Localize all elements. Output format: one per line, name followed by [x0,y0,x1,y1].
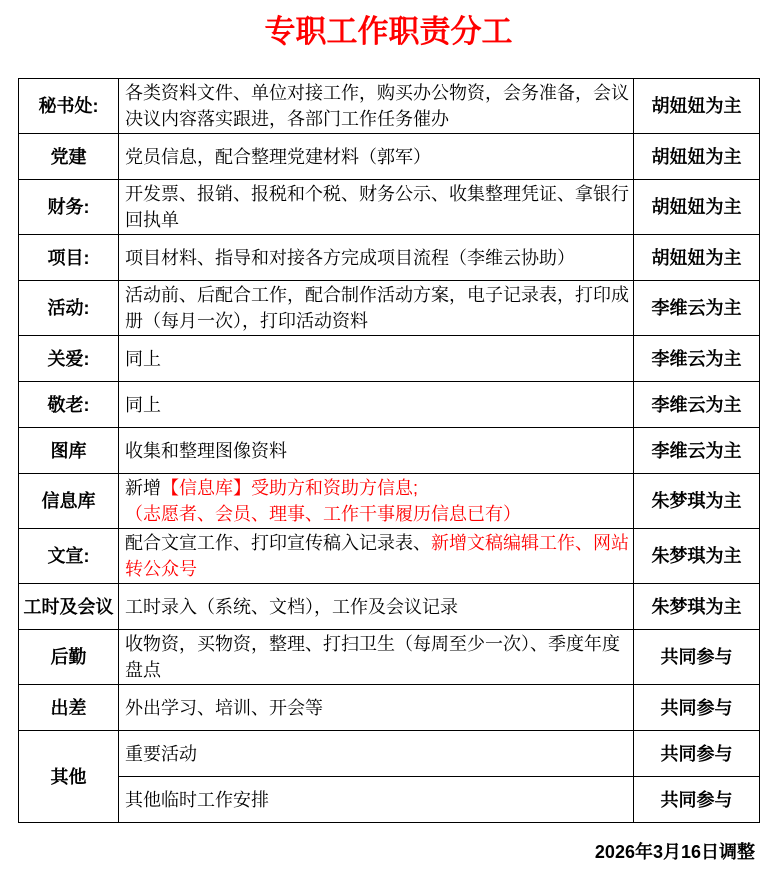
role-label-cell: 信息库 [19,474,119,529]
duties-cell: 收物资，买物资，整理、打扫卫生（每周至少一次）、季度年度盘点 [119,630,634,685]
duties-text: 其他临时工作安排 [125,790,269,810]
table-row: 工时及会议工时录入（系统、文档），工作及会议记录朱梦琪为主 [19,584,760,630]
role-label-cell: 工时及会议 [19,584,119,630]
document-page: 专职工作职责分工 秘书处:各类资料文件、单位对接工作，购买办公物资，会务准备，会… [0,0,777,878]
owner-cell: 李维云为主 [634,428,760,474]
role-label-cell: 秘书处: [19,79,119,134]
owner-cell: 共同参与 [634,630,760,685]
role-label-cell: 活动: [19,281,119,336]
duties-cell: 同上 [119,382,634,428]
table-row: 关爱:同上李维云为主 [19,336,760,382]
table-row: 后勤收物资，买物资，整理、打扫卫生（每周至少一次）、季度年度盘点共同参与 [19,630,760,685]
role-label-cell: 党建 [19,134,119,180]
duties-text-highlight: （志愿者、会员、理事、工作干事履历信息已有） [125,504,521,524]
owner-cell: 李维云为主 [634,336,760,382]
table-row: 其他临时工作安排共同参与 [19,777,760,823]
duties-cell: 工时录入（系统、文档），工作及会议记录 [119,584,634,630]
duties-text: 配合文宣工作、打印宣传稿入记录表、 [125,533,431,553]
duties-cell: 外出学习、培训、开会等 [119,685,634,731]
table-row: 财务:开发票、报销、报税和个税、财务公示、收集整理凭证、拿银行回执单胡妞妞为主 [19,180,760,235]
table-row: 党建党员信息，配合整理党建材料（郭军）胡妞妞为主 [19,134,760,180]
table-row: 图库收集和整理图像资料李维云为主 [19,428,760,474]
responsibility-table: 秘书处:各类资料文件、单位对接工作，购买办公物资，会务准备，会议决议内容落实跟进… [18,78,760,823]
duties-text: 工时录入（系统、文档），工作及会议记录 [125,597,458,617]
owner-cell: 共同参与 [634,685,760,731]
role-label-cell: 敬老: [19,382,119,428]
duties-text: 开发票、报销、报税和个税、财务公示、收集整理凭证、拿银行回执单 [125,184,629,230]
owner-cell: 李维云为主 [634,382,760,428]
duties-cell: 重要活动 [119,731,634,777]
table-body: 秘书处:各类资料文件、单位对接工作，购买办公物资，会务准备，会议决议内容落实跟进… [19,79,760,823]
owner-cell: 朱梦琪为主 [634,474,760,529]
duties-cell: 其他临时工作安排 [119,777,634,823]
duties-cell: 同上 [119,336,634,382]
page-title: 专职工作职责分工 [0,0,777,51]
role-label-cell: 出差 [19,685,119,731]
duties-text: 收物资，买物资，整理、打扫卫生（每周至少一次）、季度年度盘点 [125,634,620,680]
role-label-cell: 图库 [19,428,119,474]
owner-cell: 共同参与 [634,777,760,823]
duties-text: 收集和整理图像资料 [125,441,287,461]
duties-text: 各类资料文件、单位对接工作，购买办公物资，会务准备，会议决议内容落实跟进，各部门… [125,83,629,129]
table-row: 信息库新增【信息库】受助方和资助方信息;（志愿者、会员、理事、工作干事履历信息已… [19,474,760,529]
duties-cell: 各类资料文件、单位对接工作，购买办公物资，会务准备，会议决议内容落实跟进，各部门… [119,79,634,134]
role-label-cell: 项目: [19,235,119,281]
table-row: 秘书处:各类资料文件、单位对接工作，购买办公物资，会务准备，会议决议内容落实跟进… [19,79,760,134]
owner-cell: 胡妞妞为主 [634,79,760,134]
table-row: 项目:项目材料、指导和对接各方完成项目流程（李维云协助）胡妞妞为主 [19,235,760,281]
duties-cell: 项目材料、指导和对接各方完成项目流程（李维云协助） [119,235,634,281]
owner-cell: 朱梦琪为主 [634,584,760,630]
duties-text: 活动前、后配合工作，配合制作活动方案，电子记录表，打印成册（每月一次），打印活动… [125,285,629,331]
duties-text-highlight: 【信息库】受助方和资助方信息; [161,478,418,498]
table-row: 其他重要活动共同参与 [19,731,760,777]
duties-cell: 配合文宣工作、打印宣传稿入记录表、新增文稿编辑工作、网站转公众号 [119,529,634,584]
duties-cell: 开发票、报销、报税和个税、财务公示、收集整理凭证、拿银行回执单 [119,180,634,235]
table-row: 出差外出学习、培训、开会等共同参与 [19,685,760,731]
table-row: 文宣:配合文宣工作、打印宣传稿入记录表、新增文稿编辑工作、网站转公众号朱梦琪为主 [19,529,760,584]
table-row: 活动:活动前、后配合工作，配合制作活动方案，电子记录表，打印成册（每月一次），打… [19,281,760,336]
duties-cell: 收集和整理图像资料 [119,428,634,474]
table-row: 敬老:同上李维云为主 [19,382,760,428]
owner-cell: 朱梦琪为主 [634,529,760,584]
role-label-cell: 财务: [19,180,119,235]
owner-cell: 李维云为主 [634,281,760,336]
role-label-cell: 后勤 [19,630,119,685]
duties-text: 项目材料、指导和对接各方完成项目流程（李维云协助） [125,248,575,268]
revision-date: 2026年3月16日调整 [595,838,755,864]
owner-cell: 共同参与 [634,731,760,777]
duties-text: 党员信息，配合整理党建材料（郭军） [125,147,431,167]
duties-cell: 新增【信息库】受助方和资助方信息;（志愿者、会员、理事、工作干事履历信息已有） [119,474,634,529]
owner-cell: 胡妞妞为主 [634,235,760,281]
owner-cell: 胡妞妞为主 [634,180,760,235]
duties-text: 同上 [125,395,161,415]
duties-text: 外出学习、培训、开会等 [125,698,323,718]
role-label-cell: 文宣: [19,529,119,584]
duties-cell: 党员信息，配合整理党建材料（郭军） [119,134,634,180]
role-label-cell: 关爱: [19,336,119,382]
duties-cell: 活动前、后配合工作，配合制作活动方案，电子记录表，打印成册（每月一次），打印活动… [119,281,634,336]
role-label-cell: 其他 [19,731,119,823]
duties-text: 重要活动 [125,744,197,764]
owner-cell: 胡妞妞为主 [634,134,760,180]
duties-text: 新增 [125,478,161,498]
duties-text: 同上 [125,349,161,369]
